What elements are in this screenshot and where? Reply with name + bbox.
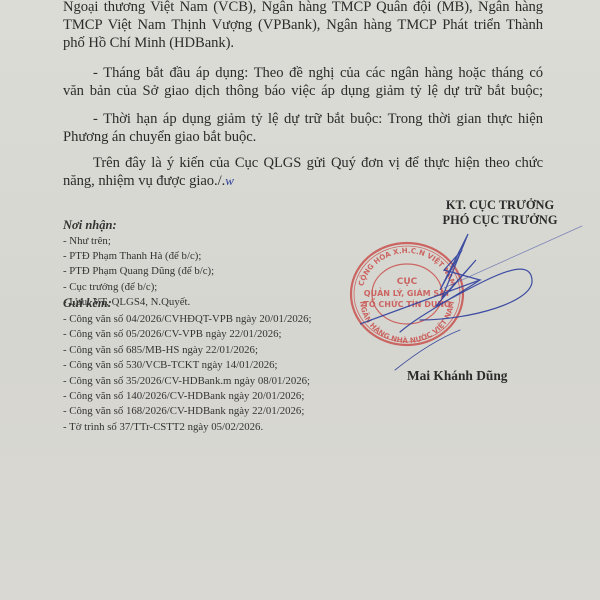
attachments-heading: Gửi kèm: [63, 296, 312, 310]
attachment-item: - Công văn số 35/2026/CV-HDBank.m ngày 0… [63, 374, 312, 389]
text-line: Ngoại thương Việt Nam (VCB), Ngân hàng T… [63, 0, 543, 16]
paragraph-duration: - Thời hạn áp dụng giảm tỷ lệ dự trữ bắt… [63, 110, 543, 146]
text-line: TMCP Việt Nam Thịnh Vượng (VPBank), Ngân… [63, 16, 543, 34]
text-line: - Thời hạn áp dụng giảm tỷ lệ dự trữ bắt… [63, 110, 543, 128]
text-line: phố Hồ Chí Minh (HDBank). [63, 34, 543, 52]
attachments-list: Gửi kèm: - Công văn số 04/2026/CVHĐQT-VP… [63, 296, 312, 435]
recipient-item: - PTĐ Phạm Quang Dũng (để b/c); [63, 264, 214, 279]
recipient-item: - PTĐ Phạm Thanh Hà (để b/c); [63, 249, 214, 264]
initial-mark: w [225, 173, 234, 188]
text-line: Trên đây là ý kiến của Cục QLGS gửi Quý … [63, 154, 543, 172]
attachment-item: - Công văn số 140/2026/CV-HDBank ngày 20… [63, 389, 312, 404]
attachment-item: - Công văn số 05/2026/CV-VPB ngày 22/01/… [63, 327, 312, 342]
scanned-document-page: Ngoại thương Việt Nam (VCB), Ngân hàng T… [0, 0, 600, 600]
attachment-item: - Công văn số 530/VCB-TCKT ngày 14/01/20… [63, 358, 312, 373]
recipient-item: - Cục trưởng (để b/c); [63, 280, 214, 295]
attachment-item: - Công văn số 168/2026/CV-HDBank ngày 22… [63, 404, 312, 419]
attachment-item: - Công văn số 685/MB-HS ngày 22/01/2026; [63, 343, 312, 358]
text-line: văn bản của Sở giao dịch thông báo việc … [63, 82, 543, 100]
text-line: - Tháng bắt đầu áp dụng: Theo đề nghị củ… [63, 64, 543, 82]
attachment-item: - Công văn số 04/2026/CVHĐQT-VPB ngày 20… [63, 312, 312, 327]
signatory-name: Mai Khánh Dũng [407, 368, 507, 384]
paragraph-closing: Trên đây là ý kiến của Cục QLGS gửi Quý … [63, 154, 543, 190]
text-line: Phương án chuyển giao bắt buộc. [63, 128, 543, 146]
paragraph-bank-list: Ngoại thương Việt Nam (VCB), Ngân hàng T… [63, 0, 543, 52]
text-line: năng, nhiệm vụ được giao./.w [63, 172, 543, 190]
attachment-item: - Tờ trình số 37/TTr-CSTT2 ngày 05/02/20… [63, 420, 312, 435]
recipient-item: - Như trên; [63, 234, 214, 249]
recipients-heading: Nơi nhận: [63, 218, 214, 233]
paragraph-start-month: - Tháng bắt đầu áp dụng: Theo đề nghị củ… [63, 64, 543, 100]
closing-text: năng, nhiệm vụ được giao./. [63, 173, 225, 189]
handwritten-signature-icon [360, 220, 590, 380]
signatory-title-line1: KT. CỤC TRƯỞNG [400, 198, 600, 213]
